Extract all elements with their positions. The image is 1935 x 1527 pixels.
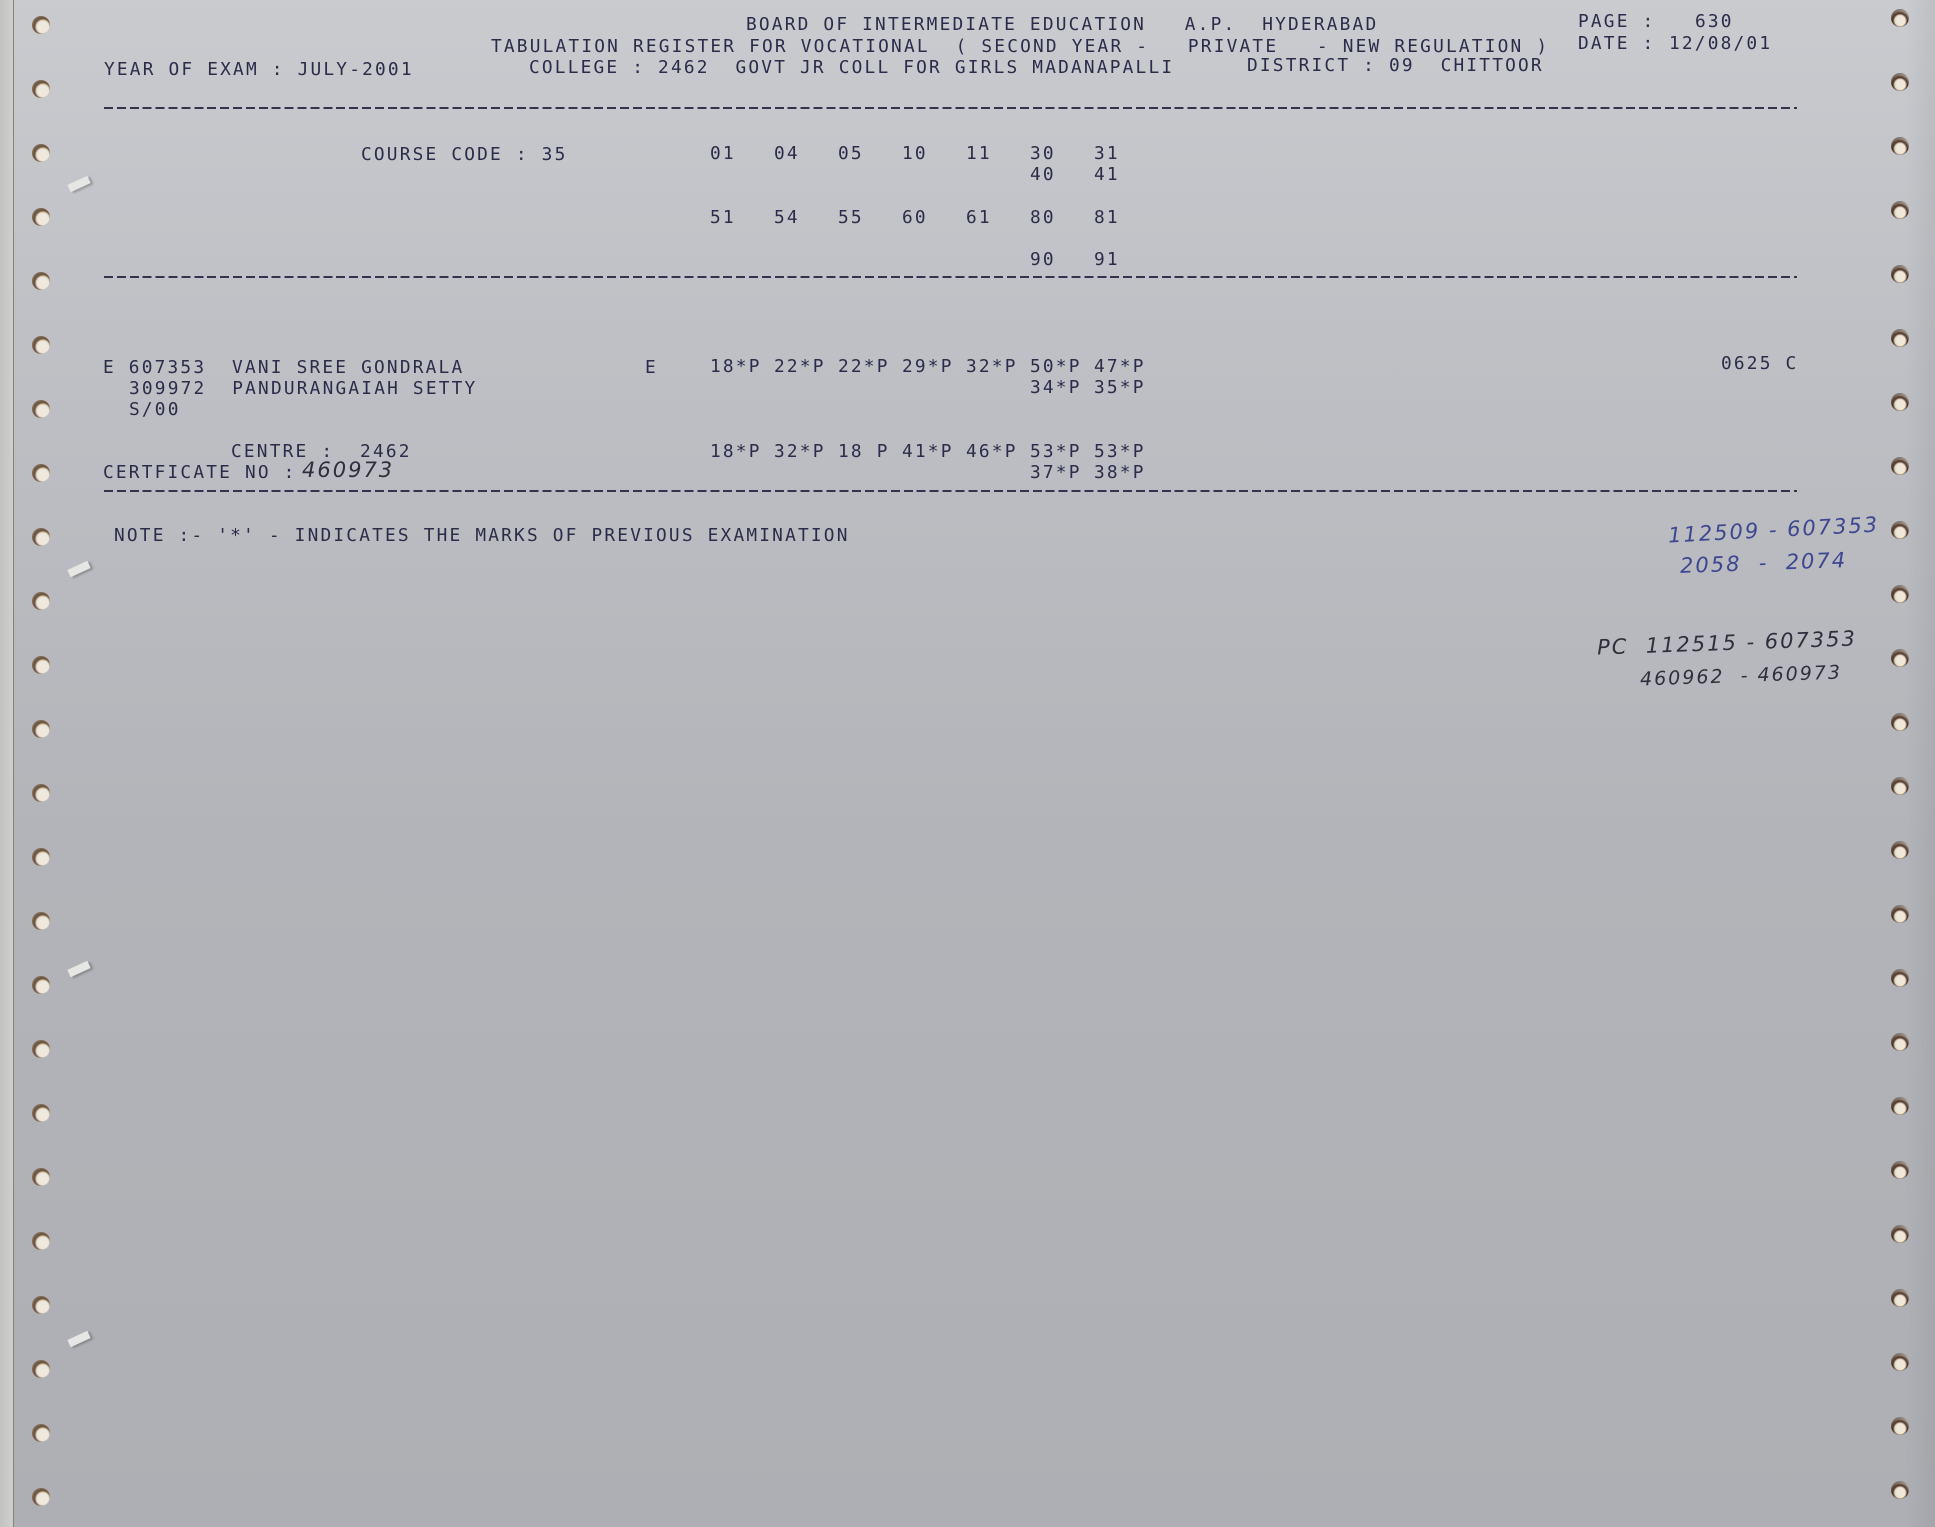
tractor-hole [1891, 329, 1909, 347]
course-code-cell: 61 [966, 207, 992, 228]
student-roll-and-name: E 607353 VANI SREE GONDRALA [103, 357, 464, 378]
tractor-hole [32, 592, 50, 610]
tractor-hole [32, 16, 50, 34]
course-code-cell: 51 [710, 207, 736, 228]
tractor-hole [32, 208, 50, 226]
page-number: 630 [1695, 11, 1734, 32]
paper-scuff [67, 561, 90, 578]
course-code-cell: 31 [1094, 143, 1120, 164]
tractor-hole [32, 1040, 50, 1058]
paper-scuff [67, 176, 90, 193]
mark-cell: 37*P [1030, 462, 1082, 483]
mark-cell: 32*P [966, 356, 1018, 377]
tractor-hole [1891, 137, 1909, 155]
tractor-hole [32, 272, 50, 290]
course-code-cell: 40 [1030, 164, 1056, 185]
tractor-hole [32, 336, 50, 354]
mark-cell: 46*P [966, 441, 1018, 462]
tractor-hole [1891, 393, 1909, 411]
tractor-hole [1891, 585, 1909, 603]
tractor-hole [1891, 1289, 1909, 1307]
tractor-hole [32, 1488, 50, 1506]
tractor-hole [1891, 1481, 1909, 1499]
board-title: BOARD OF INTERMEDIATE EDUCATION A.P. HYD… [746, 14, 1378, 35]
tractor-hole [1891, 1161, 1909, 1179]
handwritten-note: PC 112515 - 607353 [1597, 626, 1858, 659]
tractor-hole [1891, 73, 1909, 91]
handwritten-note: 2058 - 2074 [1680, 548, 1848, 578]
tractor-hole [32, 912, 50, 930]
course-code-cell: 91 [1094, 249, 1120, 270]
mark-cell: 47*P [1094, 356, 1146, 377]
tractor-hole [1891, 1097, 1909, 1115]
course-code-cell: 81 [1094, 207, 1120, 228]
tractor-hole [32, 464, 50, 482]
tractor-hole [1891, 841, 1909, 859]
tractor-hole [1891, 713, 1909, 731]
student-total-grade: 0625 C [1721, 353, 1798, 374]
tractor-hole [32, 1296, 50, 1314]
certificate-label: CERTFICATE NO : [103, 462, 297, 483]
date-label: DATE : [1578, 33, 1655, 54]
college: COLLEGE : 2462 GOVT JR COLL FOR GIRLS MA… [529, 57, 1174, 78]
course-code-cell: 80 [1030, 207, 1056, 228]
date-value: 12/08/01 [1669, 33, 1772, 54]
year-of-exam: YEAR OF EXAM : JULY-2001 [104, 59, 414, 80]
divider [104, 490, 1797, 492]
course-code-cell: 01 [710, 143, 736, 164]
paper-scuff [67, 961, 90, 978]
mark-cell: 53*P [1030, 441, 1082, 462]
tractor-hole [32, 1232, 50, 1250]
mark-cell: 34*P [1030, 377, 1082, 398]
tractor-hole [32, 1104, 50, 1122]
tractor-hole [1891, 969, 1909, 987]
tractor-hole [1891, 201, 1909, 219]
mark-cell: 18 P [838, 441, 890, 462]
tractor-hole [1891, 265, 1909, 283]
paper-edge [0, 0, 14, 1527]
course-code-cell: 10 [902, 143, 928, 164]
tractor-hole [1891, 1417, 1909, 1435]
mark-cell: 18*P [710, 441, 762, 462]
handwritten-note: 460962 - 460973 [1640, 661, 1843, 690]
mark-cell: 41*P [902, 441, 954, 462]
tractor-hole [1891, 1225, 1909, 1243]
tractor-hole [32, 400, 50, 418]
tractor-hole [32, 976, 50, 994]
tractor-hole [1891, 9, 1909, 27]
mark-cell: 22*P [838, 356, 890, 377]
paper-scuff [67, 1331, 90, 1348]
course-code-cell: 90 [1030, 249, 1056, 270]
tractor-hole [32, 528, 50, 546]
tractor-hole [32, 144, 50, 162]
tractor-hole [1891, 1353, 1909, 1371]
divider [104, 107, 1797, 109]
student-father-name: 309972 PANDURANGAIAH SETTY [129, 378, 477, 399]
certificate-number-handwritten: 460973 [302, 458, 394, 482]
course-code-cell: 05 [838, 143, 864, 164]
course-code-cell: 30 [1030, 143, 1056, 164]
tractor-hole [32, 784, 50, 802]
tractor-hole [32, 720, 50, 738]
course-code-cell: 55 [838, 207, 864, 228]
page-label: PAGE : [1578, 11, 1655, 32]
tractor-hole [32, 1168, 50, 1186]
mark-cell: 32*P [774, 441, 826, 462]
handwritten-note: 112509 - 607353 [1668, 512, 1880, 547]
tractor-hole [1891, 649, 1909, 667]
tractor-hole [32, 656, 50, 674]
tractor-hole [1891, 777, 1909, 795]
tractor-hole [1891, 905, 1909, 923]
student-medium: E [645, 357, 658, 378]
mark-cell: 35*P [1094, 377, 1146, 398]
mark-cell: 18*P [710, 356, 762, 377]
tractor-hole [32, 1424, 50, 1442]
course-code-cell: 41 [1094, 164, 1120, 185]
paper-shadow [1905, 0, 1935, 1527]
register-title: TABULATION REGISTER FOR VOCATIONAL ( SEC… [491, 36, 1549, 57]
course-code-cell: 54 [774, 207, 800, 228]
note: NOTE :- '*' - INDICATES THE MARKS OF PRE… [114, 525, 850, 546]
student-status: S/00 [129, 399, 181, 420]
course-code-cell: 04 [774, 143, 800, 164]
divider [104, 276, 1797, 278]
course-code-label: COURSE CODE : 35 [361, 144, 567, 165]
tractor-hole [1891, 457, 1909, 475]
mark-cell: 50*P [1030, 356, 1082, 377]
tractor-hole [1891, 1033, 1909, 1051]
tractor-hole [32, 80, 50, 98]
mark-cell: 29*P [902, 356, 954, 377]
mark-cell: 22*P [774, 356, 826, 377]
tractor-hole [1891, 521, 1909, 539]
mark-cell: 38*P [1094, 462, 1146, 483]
tractor-hole [32, 848, 50, 866]
course-code-cell: 60 [902, 207, 928, 228]
mark-cell: 53*P [1094, 441, 1146, 462]
tractor-hole [32, 1360, 50, 1378]
course-code-cell: 11 [966, 143, 992, 164]
district: DISTRICT : 09 CHITTOOR [1247, 55, 1544, 76]
